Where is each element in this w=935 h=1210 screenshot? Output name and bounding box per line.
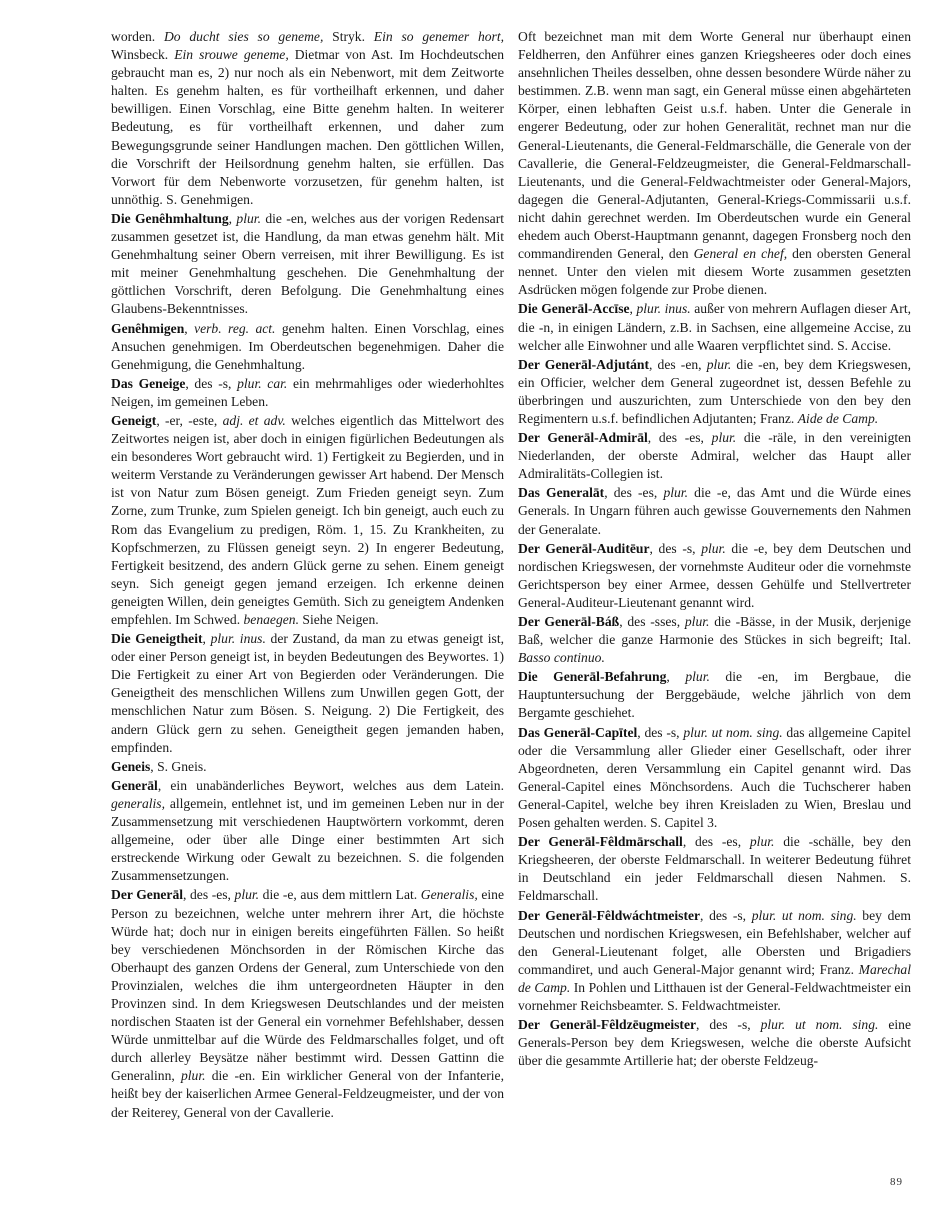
entry-italic-term: Ein so genemer hort, <box>374 29 504 44</box>
entry-text: , des -es, <box>648 430 712 445</box>
dictionary-entry: Der Generāl-Auditēur, des -s, plur. die … <box>518 540 911 612</box>
entry-text: allgemein, entlehnet ist, und im gemeine… <box>111 796 504 883</box>
entry-text: Oft bezeichnet man mit dem Worte General… <box>518 29 911 261</box>
entry-text: das allgemeine Capitel oder die Versamml… <box>518 725 911 830</box>
dictionary-entry: Geneis, S. Gneis. <box>111 758 504 776</box>
dictionary-entry: Geneigt, -er, -este, adj. et adv. welche… <box>111 412 504 629</box>
entry-headword: Die Generāl-Accīse <box>518 301 630 316</box>
entry-italic-term: plur. <box>181 1068 206 1083</box>
entry-text: , des -sses, <box>619 614 685 629</box>
entry-text: , des -es, <box>683 834 750 849</box>
entry-text: Siehe Neigen. <box>299 612 379 627</box>
entry-headword: Die Genêhmhaltung <box>111 211 229 226</box>
entry-italic-term: plur. <box>236 211 261 226</box>
dictionary-entry: Der Generāl-Admirāl, des -es, plur. die … <box>518 429 911 483</box>
entry-text: , des -s, <box>650 541 702 556</box>
entry-headword: Die Geneigtheit <box>111 631 203 646</box>
dictionary-entry: Der Generāl-Fêldzēugmeister, des -s, plu… <box>518 1016 911 1070</box>
entry-text: der Zustand, da man zu etwas geneigt ist… <box>111 631 504 755</box>
entry-italic-term: Generalis, <box>421 887 478 902</box>
entry-italic-term: plur. ut nom. sing. <box>761 1017 879 1032</box>
entry-headword: Der Generāl-Fêldzēugmeister <box>518 1017 696 1032</box>
entry-headword: Der Generāl-Adjutánt <box>518 357 649 372</box>
entry-italic-term: benaegen. <box>244 612 299 627</box>
entry-text: die -e, aus dem mittlern Lat. <box>259 887 421 902</box>
dictionary-entry: Der Generāl-Báß, des -sses, plur. die -B… <box>518 613 911 667</box>
entry-text: Stryk. <box>323 29 373 44</box>
entry-italic-term: plur. <box>685 614 710 629</box>
entry-text: , -er, -este, <box>156 413 222 428</box>
dictionary-entry: Genêhmigen, verb. reg. act. genehm halte… <box>111 320 504 374</box>
entry-headword: Geneis <box>111 759 150 774</box>
entry-headword: Der Generāl-Fêldmārschall <box>518 834 683 849</box>
entry-italic-term: Basso continuo. <box>518 650 605 665</box>
entry-text: welches eigentlich das Mittelwort des Ze… <box>111 413 504 627</box>
entry-italic-term: plur. inus. <box>211 631 266 646</box>
entry-headword: Der Generāl-Báß <box>518 614 619 629</box>
entry-text: , des -es, <box>183 887 235 902</box>
entry-italic-term: Aide de Camp. <box>798 411 878 426</box>
entry-italic-term: plur. <box>235 887 260 902</box>
entry-headword: Der Generāl-Auditēur <box>518 541 650 556</box>
dictionary-entry: Die Generāl-Accīse, plur. inus. außer vo… <box>518 300 911 354</box>
entry-headword: Der Generāl-Admirāl <box>518 430 648 445</box>
entry-headword: Das Geneige <box>111 376 185 391</box>
dictionary-entry: Der Generāl-Fêldwáchtmeister, des -s, pl… <box>518 907 911 1016</box>
entry-text: In Pohlen und Litthauen ist der General-… <box>518 980 911 1013</box>
entry-text: worden. <box>111 29 164 44</box>
entry-italic-term: General en chef, <box>694 246 788 261</box>
dictionary-entry: Der Generāl-Adjutánt, des -en, plur. die… <box>518 356 911 428</box>
entry-text: , <box>184 321 194 336</box>
entry-italic-term: plur. <box>701 541 726 556</box>
entry-headword: Geneigt <box>111 413 156 428</box>
dictionary-entry: Die Genêhmhaltung, plur. die -en, welche… <box>111 210 504 319</box>
entry-italic-term: adj. et adv. <box>223 413 286 428</box>
entry-text: , des -s, <box>696 1017 761 1032</box>
entry-italic-term: generalis, <box>111 796 165 811</box>
entry-italic-term: plur. ut nom. sing. <box>683 725 782 740</box>
entry-text: , des -en, <box>649 357 707 372</box>
entry-text: , des -es, <box>604 485 663 500</box>
dictionary-entry: Das Generalāt, des -es, plur. die -e, da… <box>518 484 911 538</box>
entry-text: die -en, welches aus der vorigen Redensa… <box>111 211 504 316</box>
entry-headword: Generāl <box>111 778 158 793</box>
entry-headword: Genêhmigen <box>111 321 184 336</box>
entry-italic-term: plur. ut nom. sing. <box>752 908 857 923</box>
entry-italic-term: verb. reg. act. <box>194 321 275 336</box>
entry-italic-term: plur. <box>663 485 688 500</box>
entry-text: , des -s, <box>700 908 752 923</box>
dictionary-entry: Oft bezeichnet man mit dem Worte General… <box>518 28 911 299</box>
entry-text: Winsbeck. <box>111 47 174 62</box>
dictionary-page: worden. Do ducht sies so geneme, Stryk. … <box>0 0 935 1210</box>
entry-headword: Der Generāl <box>111 887 183 902</box>
entry-text: , des -s, <box>185 376 237 391</box>
entry-italic-term: Ein srouwe geneme, <box>174 47 289 62</box>
dictionary-entry: Der Generāl-Fêldmārschall, des -es, plur… <box>518 833 911 905</box>
entry-headword: Das Generalāt <box>518 485 604 500</box>
entry-text: , des -s, <box>637 725 683 740</box>
entry-italic-term: plur. inus. <box>636 301 690 316</box>
dictionary-entry: Generāl, ein unabänderliches Beywort, we… <box>111 777 504 886</box>
entry-italic-term: Do ducht sies so geneme, <box>164 29 323 44</box>
entry-text: , <box>666 669 685 684</box>
dictionary-entry: worden. Do ducht sies so geneme, Stryk. … <box>111 28 504 209</box>
entry-italic-term: plur. <box>712 430 737 445</box>
dictionary-entry: Der Generāl, des -es, plur. die -e, aus … <box>111 886 504 1121</box>
right-column: Oft bezeichnet man mit dem Worte General… <box>518 28 911 1071</box>
entry-italic-term: plur. <box>750 834 775 849</box>
entry-headword: Der Generāl-Fêldwáchtmeister <box>518 908 700 923</box>
left-column: worden. Do ducht sies so geneme, Stryk. … <box>111 28 504 1123</box>
entry-italic-term: plur. <box>707 357 732 372</box>
dictionary-entry: Das Generāl-Capītel, des -s, plur. ut no… <box>518 724 911 833</box>
dictionary-entry: Die Geneigtheit, plur. inus. der Zustand… <box>111 630 504 757</box>
entry-text: , S. Gneis. <box>150 759 206 774</box>
dictionary-entry: Das Geneige, des -s, plur. car. ein mehr… <box>111 375 504 411</box>
dictionary-entry: Die Generāl-Befahrung, plur. die -en, im… <box>518 668 911 722</box>
entry-headword: Die Generāl-Befahrung <box>518 669 666 684</box>
entry-headword: Das Generāl-Capītel <box>518 725 637 740</box>
entry-italic-term: plur. car. <box>237 376 287 391</box>
entry-text: eine Person zu bezeichnen, welche unter … <box>111 887 504 1083</box>
entry-italic-term: plur. <box>685 669 710 684</box>
entry-text: , ein unabänderliches Beywort, welches a… <box>158 778 504 793</box>
entry-text: Dietmar von Ast. Im Hochdeutschen gebrau… <box>111 47 504 207</box>
entry-text: , <box>203 631 211 646</box>
page-number: 89 <box>890 1176 903 1188</box>
